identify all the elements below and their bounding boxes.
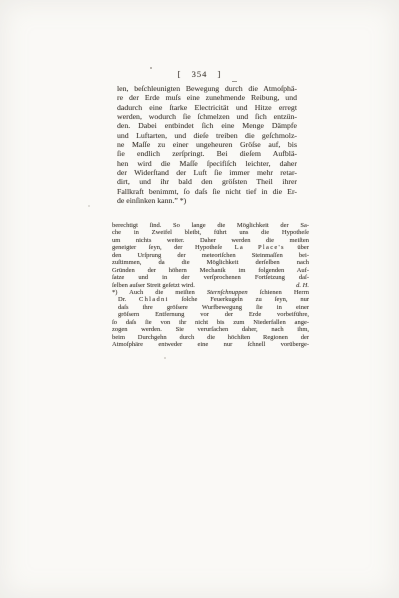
footnote2-line: daſs ihre gröſsere Wurfbewegung ſie in e… [118,304,309,311]
footnote2-l1-pre: Auch die meiſten [129,289,207,296]
text-line: hen wird die Maſſe ſpecifiſch leichter, … [117,159,297,168]
footnote1-line: um nichts weiter. Daher werden die meiſt… [112,237,309,244]
footnote1-closing-text: ſelben auſser Streit geſetzt wird. [112,282,195,289]
text-line: den. Dabei entbindet ſich eine Menge Däm… [117,121,297,130]
footnote1-line: ſatze und in der verſprochenen Fortſetzu… [112,274,309,281]
page-number: [ 354 ] [0,69,399,79]
text-line: dirt, und ihr bald den gröſsten Theil ih… [117,177,297,186]
main-paragraph: len, beſchleunigten Bewegung durch die A… [117,84,297,205]
scan-speck [164,357,166,359]
text-line: dadurch eine ſtarke Electricität und Hit… [117,103,297,112]
footnote2-line: Atmoſphäre entweder eine nur ſchnell vor… [112,341,309,348]
text-line: und Luftarten, und dieſe treiben die geſ… [117,131,297,140]
footnote1-line: Gründen der höhern Mechanik im folgenden… [112,267,309,274]
footnote2-l2-pre: Dr. [118,296,139,303]
footnote1-l4-pre: geneigter ſeyn, der Hypotheſe [112,244,235,251]
text-line: Fallkraft benimmt, ſo daſs ſie nicht tie… [117,187,297,196]
text-line: der Widerſtand der Luft ſie immer mehr r… [117,168,297,177]
text-line: werden, wodurch ſie ſchmelzen und ſich e… [117,112,297,121]
footnote2-l1-post: ſchienen Herrn [248,289,309,296]
footnote2-l2-post: ſolche Feuerkugeln zu ſeyn, nur [169,296,309,303]
footnote2-line: ſo daſs ſie von ihr nicht bis zum Nieder… [112,319,309,326]
footnote1-line: che in Zweifel bleibt, führt uns die Hyp… [112,229,309,236]
footnote-block: berechtigt ſind. So lange die Möglichkei… [112,222,309,348]
sternschnuppen-italic: Sternſchnuppen [207,289,248,296]
laplace-name: La Place's [235,244,285,251]
footnote2-line: zogen werden. Sie verurſachen daher, nac… [112,326,309,333]
scan-speck [150,67,152,69]
text-line: ne Maſſe zu einer ungeheuren Gröſse auf,… [117,140,297,149]
footnote1-line-laplace: geneigter ſeyn, der Hypotheſe La Place's… [112,244,309,251]
footnote-asterisk-marker: *) [112,289,117,296]
text-line: re der Erde muſs eine zunehmende Reibung… [117,93,297,102]
footnote2-line: beim Durchgehn durch die höchſten Region… [112,334,309,341]
scan-speck [88,205,90,207]
footnote2-first-line: *) Auch die meiſten Sternſchnuppen ſchie… [112,289,309,296]
footnote1-line: zuſtimmen, da die Möglichkeit derſelben … [112,259,309,266]
footnote1-l4-post: über [285,244,309,251]
editor-signature: d. H. [296,282,309,289]
chladni-name: Chladni [139,296,169,303]
scan-ink-mark [232,81,237,82]
text-line-with-footnote-marker: de einſinken kann.” *) [117,196,297,205]
scanned-book-page: [ 354 ] len, beſchleunigten Bewegung dur… [0,0,399,598]
text-line: len, beſchleunigten Bewegung durch die A… [117,84,297,93]
footnote1-closing-line: ſelben auſser Streit geſetzt wird.d. H. [112,282,309,289]
footnote1-line: berechtigt ſind. So lange die Möglichkei… [112,222,309,229]
footnote2-line-chladni: Dr. Chladni ſolche Feuerkugeln zu ſeyn, … [118,296,309,303]
footnote1-line: den Urſprung der meteoriſchen Steinmaſſe… [112,252,309,259]
text-line: ſie endlich zerſpringt. Bei dieſem Aufbl… [117,149,297,158]
footnote2-line: gröſsern Entfernung vor der Erde vorbeif… [118,311,309,318]
